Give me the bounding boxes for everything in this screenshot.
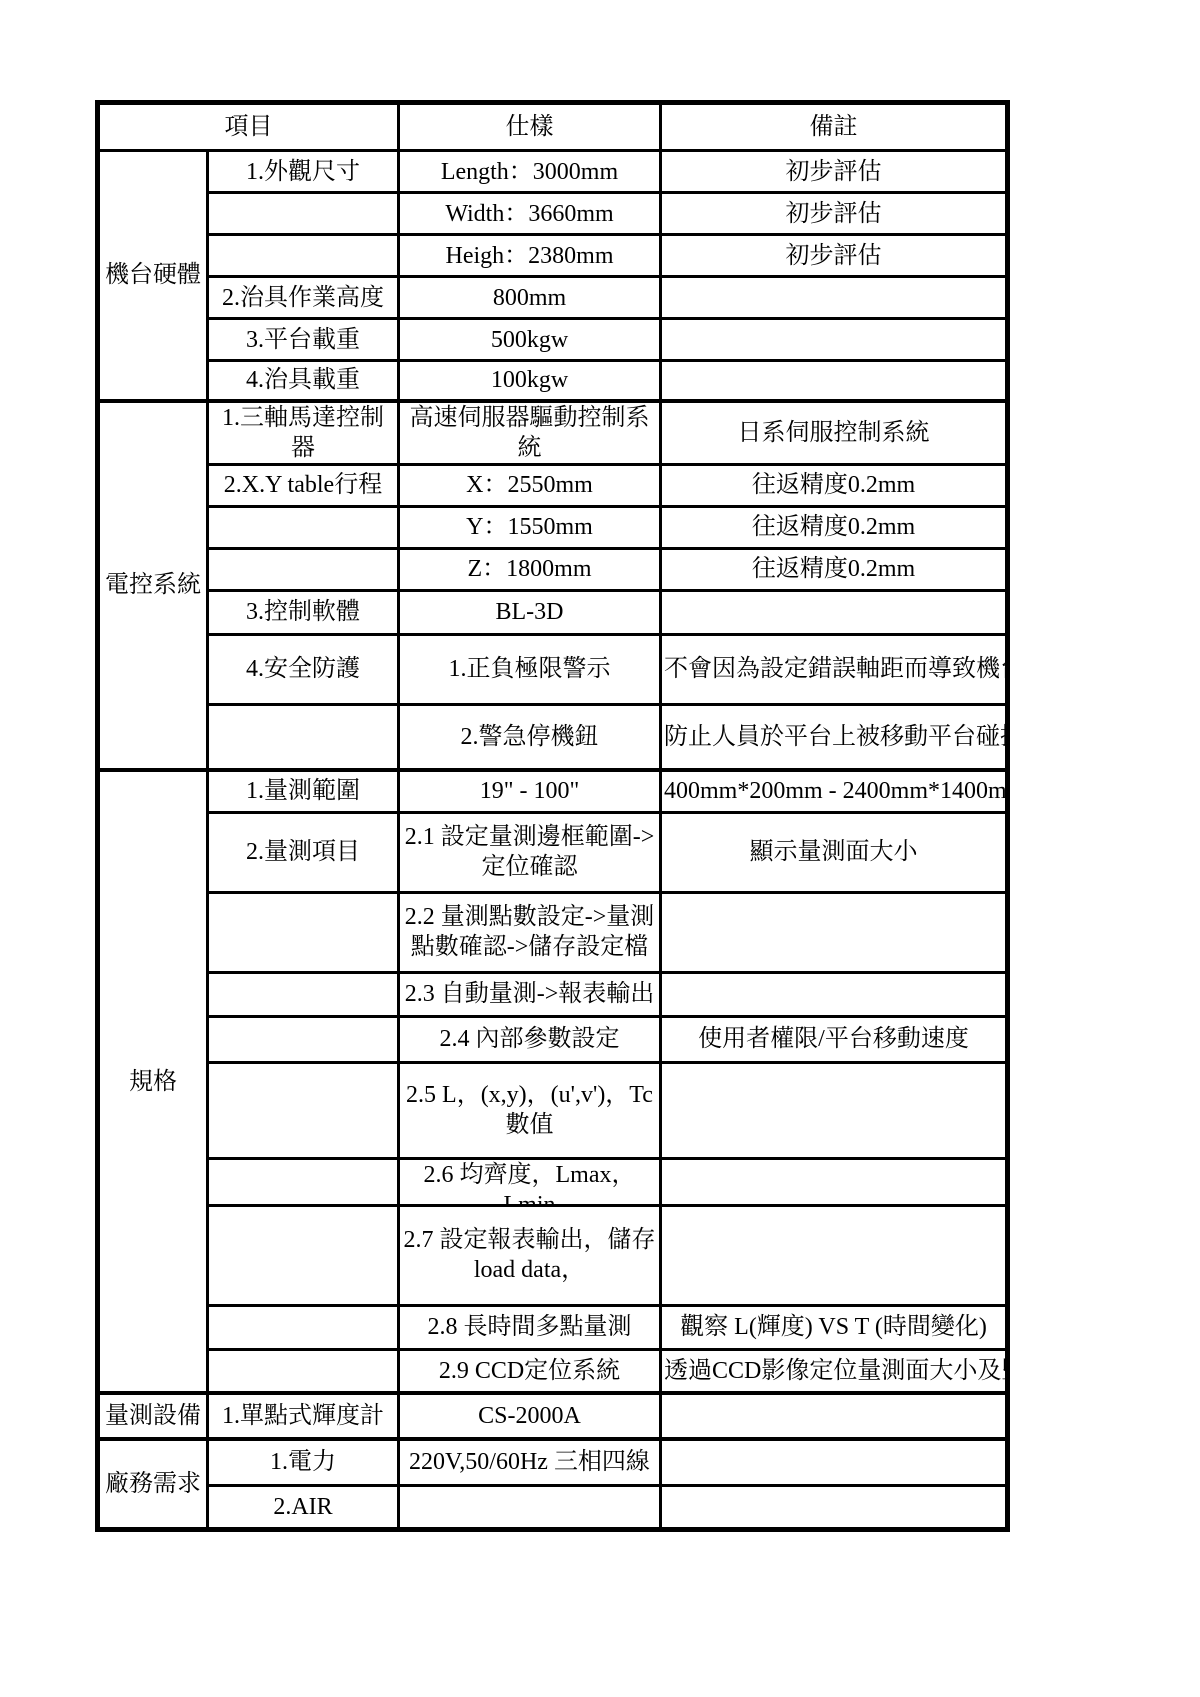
table-row: 量測設備 1.單點式輝度計 CS-2000A (98, 1393, 1008, 1439)
item-cell: 4.治具載重 (208, 361, 399, 401)
item-cell: 2.量測項目 (208, 812, 399, 892)
item-cell (208, 506, 399, 548)
item-cell (208, 892, 399, 972)
item-cell: 2.X.Y table行程 (208, 464, 399, 506)
note-cell: 顯示量測面大小 (661, 812, 1008, 892)
spec-cell: Width：3660mm (399, 193, 661, 235)
item-cell: 1.量測範圍 (208, 770, 399, 812)
spec-cell: 100kgw (399, 361, 661, 401)
spec-cell: 2.8 長時間多點量測 (399, 1305, 661, 1349)
spec-cell: 2.1 設定量測邊框範圍-> 定位確認 (399, 812, 661, 892)
note-cell (661, 892, 1008, 972)
table-row: 電控系統 1.三軸馬達控制 器 高速伺服器驅動控制系 統 日系伺服控制系統 (98, 401, 1008, 465)
spec-cell: 19" - 100" (399, 770, 661, 812)
note-cell: 初步評估 (661, 193, 1008, 235)
item-cell: 3.平台載重 (208, 319, 399, 361)
spec-cell: 2.3 自動量測->報表輸出 (399, 972, 661, 1016)
spec-cell: 800mm (399, 277, 661, 319)
table-row: 2.6 均齊度，Lmax， Lmin (98, 1158, 1008, 1205)
spec-cell: CS-2000A (399, 1393, 661, 1439)
spec-cell (399, 1485, 661, 1529)
table-row: 廠務需求 1.電力 220V,50/60Hz 三相四線 (98, 1439, 1008, 1485)
spec-cell: 2.5 L，(x,y)，(u',v')，Tc 數值 (399, 1062, 661, 1158)
table-row: 2.4 內部參數設定 使用者權限/平台移動速度 (98, 1016, 1008, 1062)
item-cell: 1.單點式輝度計 (208, 1393, 399, 1439)
note-cell: 不會因為設定錯誤軸距而導致機台碰撞 (661, 634, 1008, 704)
note-cell (661, 1205, 1008, 1305)
spec-cell: 2.9 CCD定位系統 (399, 1349, 661, 1393)
table-row: Heigh：2380mm 初步評估 (98, 235, 1008, 277)
item-cell (208, 704, 399, 770)
note-cell: 初步評估 (661, 235, 1008, 277)
note-cell (661, 319, 1008, 361)
spec-cell: Y：1550mm (399, 506, 661, 548)
header-note: 備註 (661, 103, 1008, 151)
note-cell: 400mm*200mm - 2400mm*1400mm (661, 770, 1008, 812)
table-row: 2.AIR (98, 1485, 1008, 1529)
spec-cell: Z：1800mm (399, 548, 661, 590)
group-cell-electric-control: 電控系統 (98, 401, 208, 771)
table-row: 4.安全防護 1.正負極限警示 不會因為設定錯誤軸距而導致機台碰撞 (98, 634, 1008, 704)
note-cell (661, 1393, 1008, 1439)
spec-cell: 2.7 設定報表輸出，儲存 load data， (399, 1205, 661, 1305)
table-row: 4.治具載重 100kgw (98, 361, 1008, 401)
table-row: 規格 1.量測範圍 19" - 100" 400mm*200mm - 2400m… (98, 770, 1008, 812)
note-cell (661, 972, 1008, 1016)
item-cell (208, 1016, 399, 1062)
spec-cell: 1.正負極限警示 (399, 634, 661, 704)
spec-table: 項目 仕樣 備註 機台硬體 1.外觀尺寸 Length：3000mm 初步評估 … (95, 100, 1010, 1532)
table-row: 2.7 設定報表輸出，儲存 load data， (98, 1205, 1008, 1305)
spec-cell: Heigh：2380mm (399, 235, 661, 277)
note-cell: 觀察 L(輝度) VS T (時間變化) (661, 1305, 1008, 1349)
note-cell (661, 1485, 1008, 1529)
table-row: 2.X.Y table行程 X：2550mm 往返精度0.2mm (98, 464, 1008, 506)
spec-cell: BL-3D (399, 590, 661, 634)
spec-cell: 2.4 內部參數設定 (399, 1016, 661, 1062)
table-row: 2.5 L，(x,y)，(u',v')，Tc 數值 (98, 1062, 1008, 1158)
item-cell (208, 1062, 399, 1158)
note-cell (661, 1062, 1008, 1158)
note-cell (661, 1439, 1008, 1485)
note-cell (661, 590, 1008, 634)
note-cell: 往返精度0.2mm (661, 506, 1008, 548)
note-cell (661, 277, 1008, 319)
header-item: 項目 (98, 103, 399, 151)
header-row: 項目 仕樣 備註 (98, 103, 1008, 151)
item-cell: 2.AIR (208, 1485, 399, 1529)
item-cell: 1.外觀尺寸 (208, 151, 399, 193)
note-cell (661, 361, 1008, 401)
table-row: 2.8 長時間多點量測 觀察 L(輝度) VS T (時間變化) (98, 1305, 1008, 1349)
item-cell (208, 1205, 399, 1305)
note-cell: 使用者權限/平台移動速度 (661, 1016, 1008, 1062)
table-row: Width：3660mm 初步評估 (98, 193, 1008, 235)
item-cell (208, 1305, 399, 1349)
spec-cell: 500kgw (399, 319, 661, 361)
group-cell-specification: 規格 (98, 770, 208, 1393)
item-cell: 2.治具作業高度 (208, 277, 399, 319)
item-cell: 1.電力 (208, 1439, 399, 1485)
group-cell-machine-hardware: 機台硬體 (98, 151, 208, 401)
table-row: 2.量測項目 2.1 設定量測邊框範圍-> 定位確認 顯示量測面大小 (98, 812, 1008, 892)
table-row: 2.2 量測點數設定->量測 點數確認->儲存設定檔 (98, 892, 1008, 972)
item-cell (208, 548, 399, 590)
note-cell: 往返精度0.2mm (661, 548, 1008, 590)
note-cell: 初步評估 (661, 151, 1008, 193)
note-cell (661, 1158, 1008, 1205)
item-cell: 3.控制軟體 (208, 590, 399, 634)
note-cell: 日系伺服控制系統 (661, 401, 1008, 465)
item-cell: 1.三軸馬達控制 器 (208, 401, 399, 465)
table-row: 3.平台載重 500kgw (98, 319, 1008, 361)
spec-cell: 2.警急停機鈕 (399, 704, 661, 770)
table-row: 2.警急停機鈕 防止人員於平台上被移動平台碰撞 (98, 704, 1008, 770)
item-cell (208, 1349, 399, 1393)
table-row: 2.3 自動量測->報表輸出 (98, 972, 1008, 1016)
table-row: 機台硬體 1.外觀尺寸 Length：3000mm 初步評估 (98, 151, 1008, 193)
note-cell: 防止人員於平台上被移動平台碰撞 (661, 704, 1008, 770)
table-row: Y：1550mm 往返精度0.2mm (98, 506, 1008, 548)
spec-cell: 220V,50/60Hz 三相四線 (399, 1439, 661, 1485)
note-cell: 透過CCD影像定位量測面大小及監控 (661, 1349, 1008, 1393)
document-page: 項目 仕樣 備註 機台硬體 1.外觀尺寸 Length：3000mm 初步評估 … (0, 0, 1200, 1697)
clipped-text: 2.6 均齊度，Lmax， Lmin (402, 1160, 657, 1204)
item-cell (208, 972, 399, 1016)
table-row: Z：1800mm 往返精度0.2mm (98, 548, 1008, 590)
group-cell-measuring-equipment: 量測設備 (98, 1393, 208, 1439)
spec-cell: 2.2 量測點數設定->量測 點數確認->儲存設定檔 (399, 892, 661, 972)
item-cell (208, 1158, 399, 1205)
table-row: 2.9 CCD定位系統 透過CCD影像定位量測面大小及監控 (98, 1349, 1008, 1393)
spec-cell: 2.6 均齊度，Lmax， Lmin (399, 1158, 661, 1205)
group-cell-facility-requirements: 廠務需求 (98, 1439, 208, 1529)
table-row: 2.治具作業高度 800mm (98, 277, 1008, 319)
item-cell: 4.安全防護 (208, 634, 399, 704)
item-cell (208, 193, 399, 235)
table-row: 3.控制軟體 BL-3D (98, 590, 1008, 634)
note-cell: 往返精度0.2mm (661, 464, 1008, 506)
header-spec: 仕樣 (399, 103, 661, 151)
spec-cell: 高速伺服器驅動控制系 統 (399, 401, 661, 465)
item-cell (208, 235, 399, 277)
spec-cell: X：2550mm (399, 464, 661, 506)
spec-cell: Length：3000mm (399, 151, 661, 193)
